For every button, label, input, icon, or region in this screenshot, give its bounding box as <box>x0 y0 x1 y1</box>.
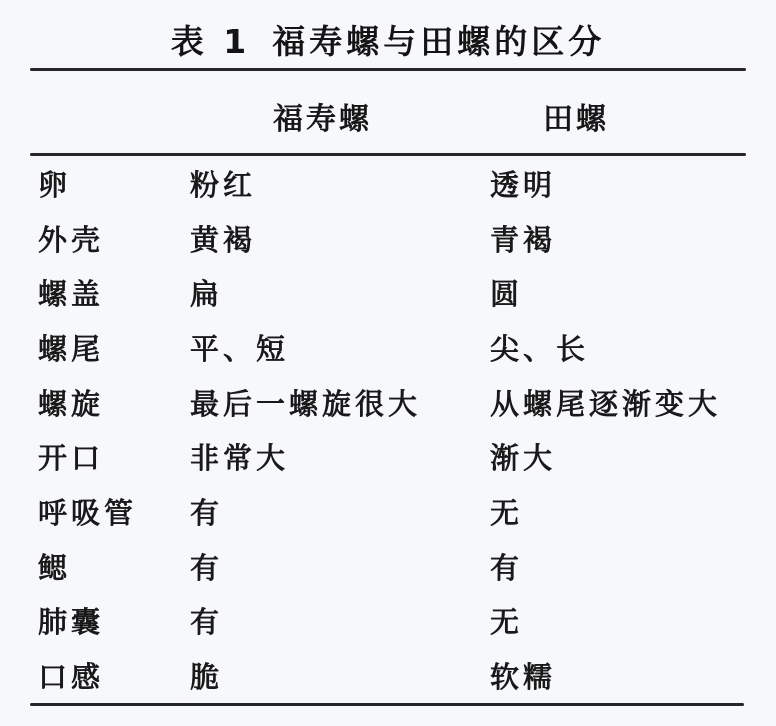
fushoulou-value: 扁 <box>190 272 490 313</box>
tianluo-value: 尖、长 <box>490 327 776 368</box>
feature-label: 外壳 <box>38 218 190 259</box>
bottom-rule <box>30 703 744 706</box>
table-row: 螺旋 最后一螺旋很大 从螺尾逐渐变大 <box>0 375 776 430</box>
feature-label: 呼吸管 <box>38 491 190 532</box>
fushoulou-value: 平、短 <box>190 327 490 368</box>
table-title: 表 1福寿螺与田螺的区分 <box>0 16 776 63</box>
scanned-table-page: 表 1福寿螺与田螺的区分 福寿螺 田螺 卵 粉红 透明 外壳 黄褐 青褐 螺盖 … <box>0 0 776 726</box>
top-rule <box>30 68 746 71</box>
table-row: 外壳 黄褐 青褐 <box>0 211 776 266</box>
feature-label: 鳃 <box>38 546 190 587</box>
table-row: 鳃 有 有 <box>0 539 776 594</box>
feature-label: 口感 <box>38 655 190 696</box>
table-row: 口感 脆 软糯 <box>0 648 776 703</box>
fushoulou-value: 有 <box>190 546 490 587</box>
column-header-tianluo: 田螺 <box>543 94 609 138</box>
fushoulou-value: 非常大 <box>190 436 490 477</box>
tianluo-value: 有 <box>490 546 776 587</box>
column-header-fushoulou: 福寿螺 <box>273 94 372 138</box>
table-row: 卵 粉红 透明 <box>0 156 776 211</box>
feature-label: 开口 <box>38 436 190 477</box>
tianluo-value: 无 <box>490 491 776 532</box>
table-row: 肺囊 有 无 <box>0 594 776 649</box>
fushoulou-value: 黄褐 <box>190 218 490 259</box>
feature-label: 螺盖 <box>38 272 190 313</box>
table-title-text: 福寿螺与田螺的区分 <box>272 22 605 61</box>
fushoulou-value: 最后一螺旋很大 <box>190 382 490 423</box>
tianluo-value: 无 <box>490 600 776 641</box>
feature-label: 螺尾 <box>38 327 190 368</box>
fushoulou-value: 粉红 <box>190 163 490 204</box>
tianluo-value: 透明 <box>490 163 776 204</box>
table-row: 开口 非常大 渐大 <box>0 430 776 485</box>
fushoulou-value: 有 <box>190 491 490 532</box>
tianluo-value: 渐大 <box>490 436 776 477</box>
feature-label: 卵 <box>38 163 190 204</box>
table-row: 螺盖 扁 圆 <box>0 265 776 320</box>
fushoulou-value: 脆 <box>190 655 490 696</box>
tianluo-value: 青褐 <box>490 218 776 259</box>
feature-label: 螺旋 <box>38 382 190 423</box>
fushoulou-value: 有 <box>190 600 490 641</box>
table-number-label: 表 1 <box>171 22 250 61</box>
tianluo-value: 圆 <box>490 272 776 313</box>
tianluo-value: 软糯 <box>490 655 776 696</box>
tianluo-value: 从螺尾逐渐变大 <box>490 382 776 423</box>
table-body: 卵 粉红 透明 外壳 黄褐 青褐 螺盖 扁 圆 螺尾 平、短 尖、长 螺旋 最后… <box>0 156 776 703</box>
table-row: 呼吸管 有 无 <box>0 484 776 539</box>
feature-label: 肺囊 <box>38 600 190 641</box>
table-row: 螺尾 平、短 尖、长 <box>0 320 776 375</box>
